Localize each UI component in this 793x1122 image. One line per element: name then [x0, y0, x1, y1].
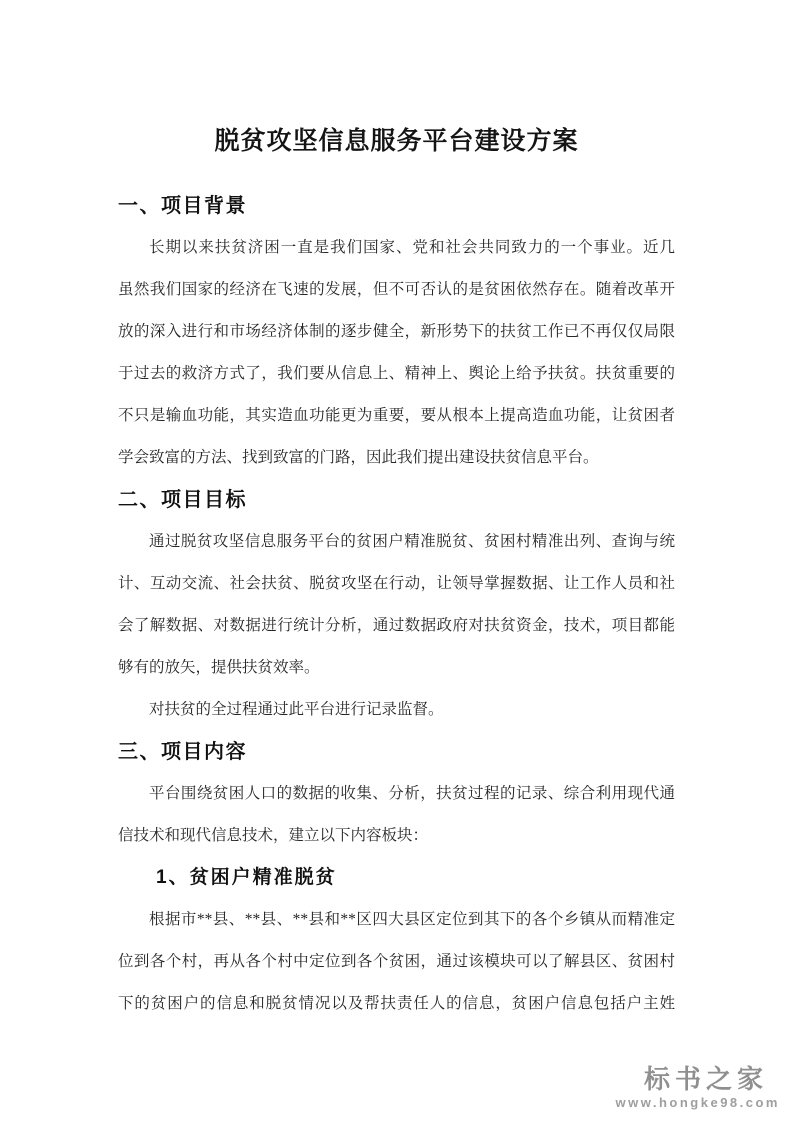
text-line: 根据市**县、**县、**县和**区四大县区定位到其下的各个乡镇从而精准定 [118, 899, 675, 941]
text-line: 够有的放矢，提供扶贫效率。 [118, 647, 675, 689]
text-line: 不只是输血功能，其实造血功能更为重要，要从根本上提高造血功能，让贫困者 [118, 395, 675, 437]
section-heading: 二、项目目标 [118, 479, 675, 521]
text-line: 下的贫困户的信息和脱贫情况以及帮扶责任人的信息，贫困户信息包括户主姓 [118, 983, 675, 1025]
text-line: 位到各个村，再从各个村中定位到各个贫困，通过该模块可以了解县区、贫困村 [118, 941, 675, 983]
text-line: 对扶贫的全过程通过此平台进行记录监督。 [118, 689, 675, 731]
text-line: 长期以来扶贫济困一直是我们国家、党和社会共同致力的一个事业。近几年， [118, 227, 675, 269]
text-line: 会了解数据、对数据进行统计分析，通过数据政府对扶贫资金，技术，项目都能 [118, 605, 675, 647]
text-line: 信技术和现代信息技术，建立以下内容板块： [118, 815, 675, 857]
text-line: 通过脱贫攻坚信息服务平台的贫困户精准脱贫、贫困村精准出列、查询与统 [118, 521, 675, 563]
text-line: 放的深入进行和市场经济体制的逐步健全，新形势下的扶贫工作已不再仅仅局限 [118, 311, 675, 353]
watermark: 标书之家 www.hongke98.com [616, 1065, 781, 1110]
paragraph: 平台围绕贫困人口的数据的收集、分析，扶贫过程的记录、综合利用现代通信技术和现代信… [118, 773, 675, 857]
section-heading: 一、项目背景 [118, 185, 675, 227]
text-line: 学会致富的方法、找到致富的门路，因此我们提出建设扶贫信息平台。 [118, 437, 675, 479]
document-title: 脱贫攻坚信息服务平台建设方案 [0, 0, 793, 158]
watermark-url: www.hongke98.com [616, 1095, 781, 1110]
paragraph: 根据市**县、**县、**县和**区四大县区定位到其下的各个乡镇从而精准定位到各… [118, 899, 675, 1025]
document-page: 脱贫攻坚信息服务平台建设方案 一、项目背景长期以来扶贫济困一直是我们国家、党和社… [0, 0, 793, 1122]
watermark-brand: 标书之家 [616, 1065, 769, 1093]
text-line: 于过去的救济方式了，我们要从信息上、精神上、舆论上给予扶贫。扶贫重要的 [118, 353, 675, 395]
paragraph: 对扶贫的全过程通过此平台进行记录监督。 [118, 689, 675, 731]
text-line: 平台围绕贫困人口的数据的收集、分析，扶贫过程的记录、综合利用现代通 [118, 773, 675, 815]
document-body: 一、项目背景长期以来扶贫济困一直是我们国家、党和社会共同致力的一个事业。近几年，… [0, 185, 793, 1025]
paragraph: 通过脱贫攻坚信息服务平台的贫困户精准脱贫、贫困村精准出列、查询与统计、互动交流、… [118, 521, 675, 689]
section-heading: 三、项目内容 [118, 731, 675, 773]
sub-heading: 1、贫困户精准脱贫 [118, 857, 675, 899]
text-line: 虽然我们国家的经济在飞速的发展，但不可否认的是贫困依然存在。随着改革开 [118, 269, 675, 311]
text-line: 计、互动交流、社会扶贫、脱贫攻坚在行动，让领导掌握数据、让工作人员和社 [118, 563, 675, 605]
paragraph: 长期以来扶贫济困一直是我们国家、党和社会共同致力的一个事业。近几年，虽然我们国家… [118, 227, 675, 479]
